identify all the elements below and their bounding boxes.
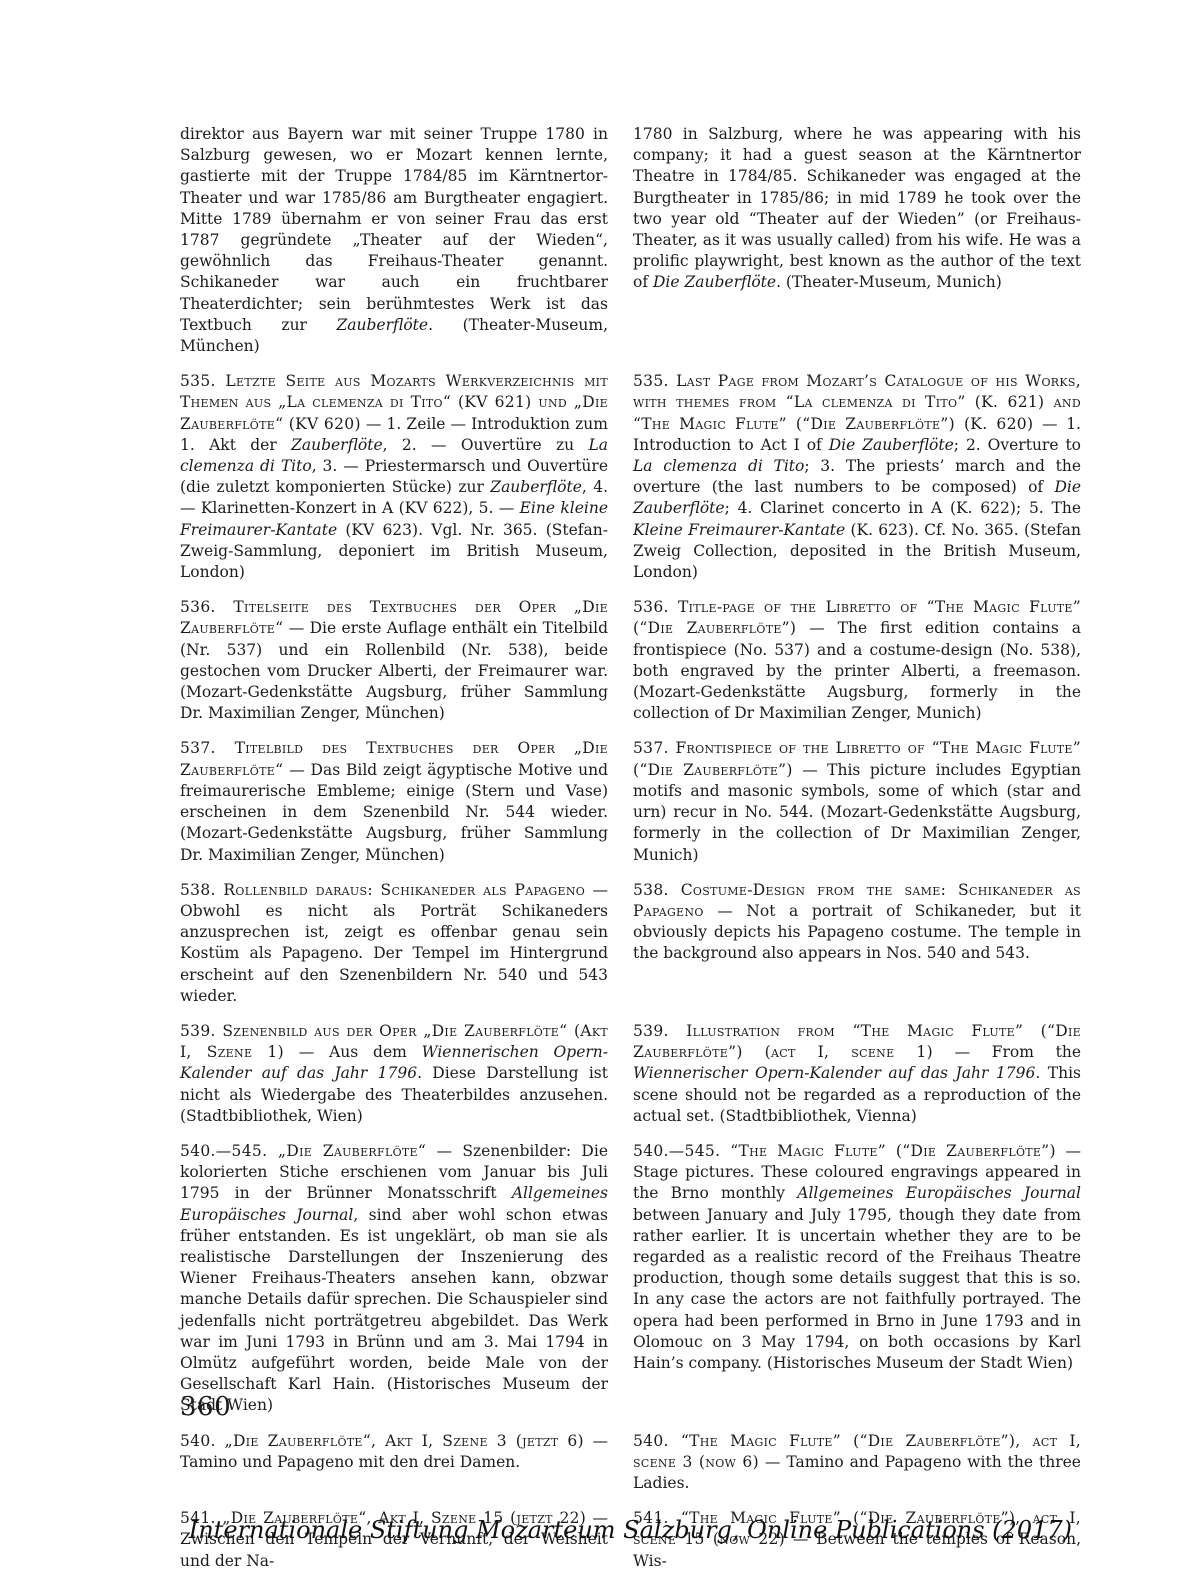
footer-publication-note: Internationale Stiftung Mozarteum Salzbu…	[189, 1516, 1072, 1544]
section-539-english: 539. Illustration from “The Magic Flute”…	[633, 1021, 1081, 1127]
section-535-german: 535. Letzte Seite aus Mozarts Werkverzei…	[180, 371, 608, 583]
section-540-german: 540. „Die Zauberflöte“, Akt I, Szene 3 (…	[180, 1431, 608, 1495]
section-539-german: 539. Szenenbild aus der Oper „Die Zauber…	[180, 1021, 608, 1127]
book-page: direktor aus Bayern war mit seiner Trupp…	[0, 0, 1200, 1581]
section-537-english: 537. Frontispiece of the Libretto of “Th…	[633, 738, 1081, 865]
section-intro-english: 1780 in Salzburg, where he was appearing…	[633, 124, 1081, 357]
section-540-english: 540. “The Magic Flute” (“Die Zauberflöte…	[633, 1431, 1081, 1495]
section-538-english: 538. Costume-Design from the same: Schik…	[633, 880, 1081, 1007]
page-number: 360	[180, 1392, 231, 1422]
section-538-german: 538. Rollenbild daraus: Schikaneder als …	[180, 880, 608, 1007]
section-540-545-german: 540.—545. „Die Zauberflöte“ — Szenenbild…	[180, 1141, 608, 1417]
section-540-545-english: 540.—545. “The Magic Flute” (“Die Zauber…	[633, 1141, 1081, 1417]
section-536-german: 536. Titelseite des Textbuches der Oper …	[180, 597, 608, 724]
section-536-english: 536. Title-page of the Libretto of “The …	[633, 597, 1081, 724]
two-column-text-block: direktor aus Bayern war mit seiner Trupp…	[180, 124, 1081, 1572]
section-intro-german: direktor aus Bayern war mit seiner Trupp…	[180, 124, 608, 357]
section-537-german: 537. Titelbild des Textbuches der Oper „…	[180, 738, 608, 865]
section-535-english: 535. Last Page from Mozart’s Catalogue o…	[633, 371, 1081, 583]
